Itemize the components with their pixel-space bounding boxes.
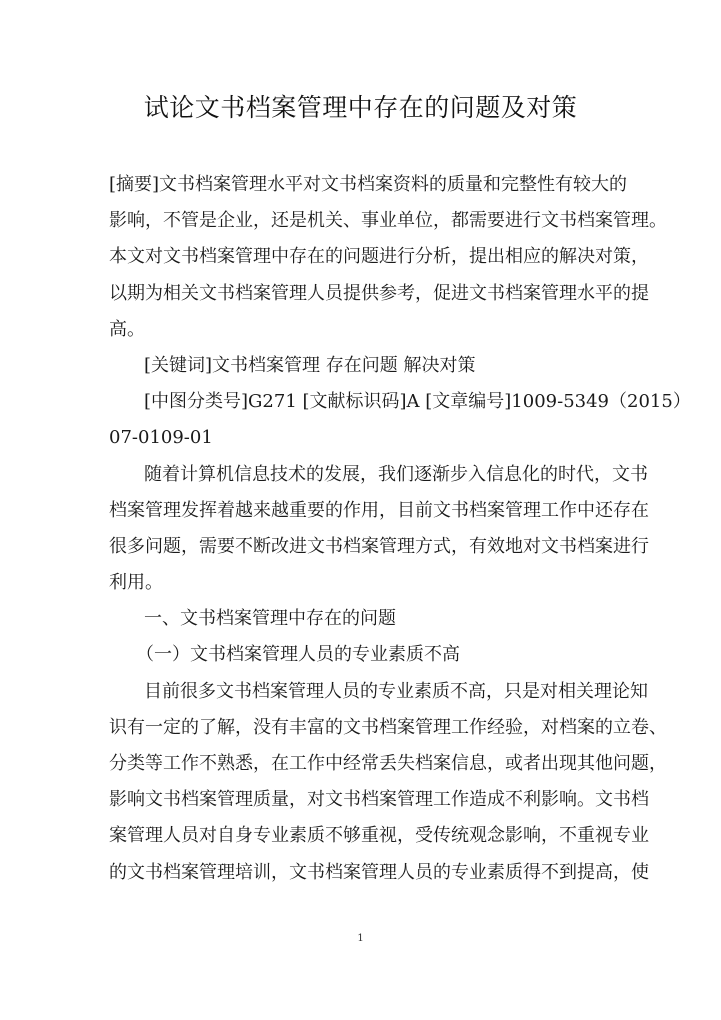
intro-line: 利用。: [109, 565, 613, 601]
paragraph-line: 目前很多文书档案管理人员的专业素质不高，只是对相关理论知: [109, 674, 613, 710]
abstract-line: 本文对文书档案管理中存在的问题进行分析，提出相应的解决对策，: [109, 239, 613, 275]
classification-line: 07-0109-01: [109, 420, 613, 456]
classification-paragraph: [中图分类号]G271 [文献标识码]A [文章编号]1009-5349（201…: [109, 384, 613, 456]
document-page: 试论文书档案管理中存在的问题及对策 [摘要]文书档案管理水平对文书档案资料的质量…: [0, 0, 721, 1020]
intro-line: 很多问题，需要不断改进文书档案管理方式，有效地对文书档案进行: [109, 529, 613, 565]
document-title: 试论文书档案管理中存在的问题及对策: [0, 91, 721, 125]
page-number: 1: [0, 931, 721, 947]
paragraph-line: 影响文书档案管理质量，对文书档案管理工作造成不利影响。文书档: [109, 782, 613, 818]
abstract-line: 高。: [109, 312, 613, 348]
keywords-paragraph: [关键词]文书档案管理 存在问题 解决对策: [109, 348, 613, 384]
intro-line: 随着计算机信息技术的发展，我们逐渐步入信息化的时代，文书: [109, 457, 613, 493]
paragraph-line: 分类等工作不熟悉，在工作中经常丢失档案信息，或者出现其他问题，: [109, 746, 613, 782]
abstract-paragraph: [摘要]文书档案管理水平对文书档案资料的质量和完整性有较大的 影响，不管是企业，…: [109, 167, 613, 348]
paragraph-line: 识有一定的了解，没有丰富的文书档案管理工作经验，对档案的立卷、: [109, 710, 613, 746]
section-1-heading: 一、文书档案管理中存在的问题: [109, 601, 613, 637]
intro-line: 档案管理发挥着越来越重要的作用，目前文书档案管理工作中还存在: [109, 493, 613, 529]
subsection-heading: （一）文书档案管理人员的专业素质不高: [109, 637, 613, 673]
abstract-line: 以期为相关文书档案管理人员提供参考，促进文书档案管理水平的提: [109, 276, 613, 312]
document-body: [摘要]文书档案管理水平对文书档案资料的质量和完整性有较大的 影响，不管是企业，…: [109, 167, 613, 891]
paragraph-line: 的文书档案管理培训，文书档案管理人员的专业素质得不到提高，使: [109, 855, 613, 891]
subsection-1-1-paragraph: 目前很多文书档案管理人员的专业素质不高，只是对相关理论知 识有一定的了解，没有丰…: [109, 674, 613, 891]
abstract-line: 影响，不管是企业，还是机关、事业单位，都需要进行文书档案管理。: [109, 203, 613, 239]
section-heading: 一、文书档案管理中存在的问题: [109, 601, 613, 637]
classification-line: [中图分类号]G271 [文献标识码]A [文章编号]1009-5349（201…: [109, 384, 613, 420]
paragraph-line: 案管理人员对自身专业素质不够重视，受传统观念影响，不重视专业: [109, 818, 613, 854]
subsection-1-1-heading: （一）文书档案管理人员的专业素质不高: [109, 637, 613, 673]
abstract-line: [摘要]文书档案管理水平对文书档案资料的质量和完整性有较大的: [109, 167, 613, 203]
keywords-line: [关键词]文书档案管理 存在问题 解决对策: [109, 348, 613, 384]
intro-paragraph: 随着计算机信息技术的发展，我们逐渐步入信息化的时代，文书 档案管理发挥着越来越重…: [109, 457, 613, 602]
